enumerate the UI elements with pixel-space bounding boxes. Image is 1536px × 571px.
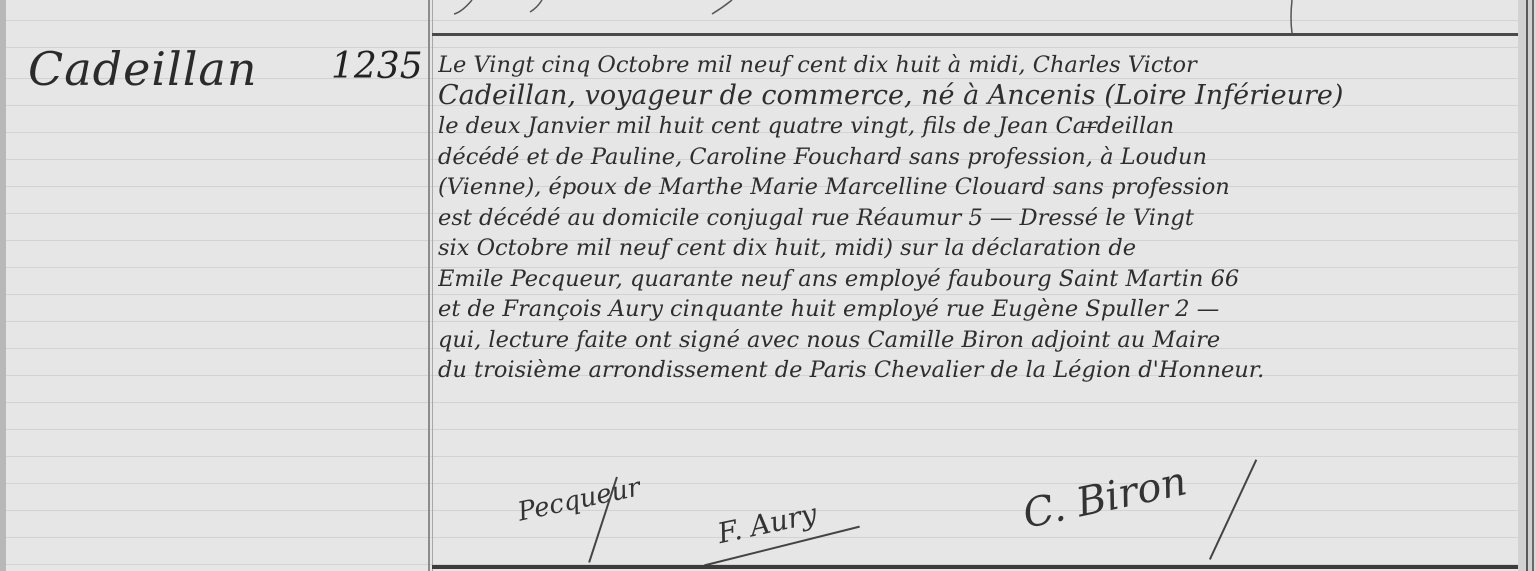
act-line-8: Emile Pecqueur, quarante neuf ans employ… [438,264,1518,295]
act-line-5: (Vienne), époux de Marthe Marie Marcelli… [438,172,1518,203]
signature-declarant-2: F. Aury [715,497,820,550]
act-line-9: et de François Aury cinquante huit emplo… [438,294,1518,325]
act-line-3: le deux Janvier mil huit cent quatre vin… [438,111,1518,142]
act-line-2: Cadeillan, voyageur de commerce, né à An… [438,81,1518,112]
act-line-1: Le Vingt cinq Octobre mil neuf cent dix … [438,50,1518,81]
margin-rule [428,0,430,571]
entry-bottom-rule [432,565,1518,569]
margin-column: Cadeillan 1235 [6,0,428,571]
act-line-4: décédé et de Pauline, Caroline Fouchard … [438,142,1518,173]
margin-surname: Cadeillan [28,42,257,96]
signatures-area: Pecqueur F. Aury C. Biron [432,445,1518,565]
signature-officer: C. Biron [1019,458,1191,537]
entry-top-rule [432,33,1518,36]
act-line-6: est décédé au domicile conjugal rue Réau… [438,203,1518,234]
register-page: Cadeillan 1235 Le Vingt cinq Octobre mil… [0,0,1536,571]
page-right-edge [1518,0,1536,571]
signature-declarant-1: Pecqueur [515,472,643,527]
act-line-11: du troisième arrondissement de Paris Che… [438,355,1518,386]
signature-flourish-3 [1209,459,1259,560]
act-body: Le Vingt cinq Octobre mil neuf cent dix … [438,50,1518,386]
act-line-7: six Octobre mil neuf cent dix huit, midi… [438,233,1518,264]
previous-entry-fragment [432,0,1518,33]
act-number: 1235 [331,46,423,87]
act-line-10: qui, lecture faite ont signé avec nous C… [438,325,1518,356]
